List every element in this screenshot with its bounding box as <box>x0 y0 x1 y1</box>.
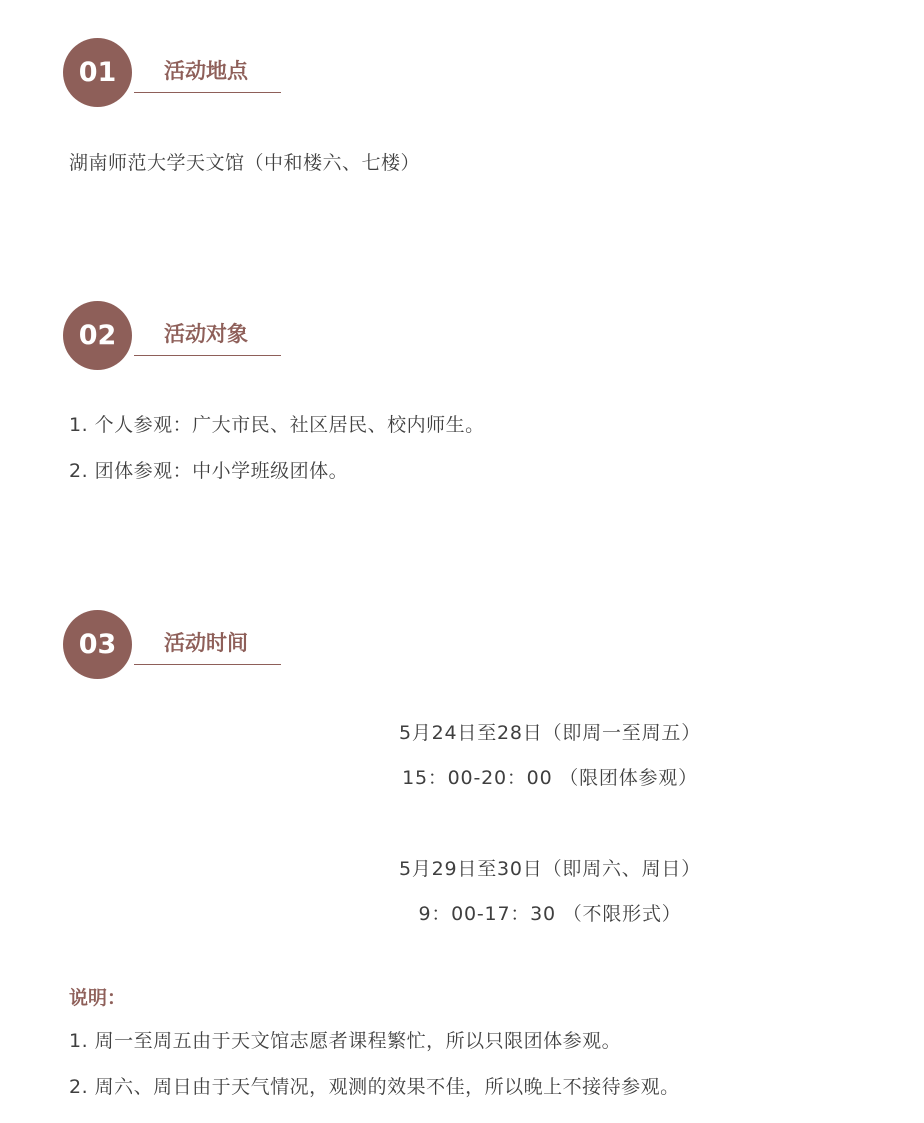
schedule-date: 5月29日至30日（即周六、周日） <box>0 854 924 881</box>
section-number-badge: 01 <box>63 38 132 107</box>
note-item: 2. 周六、周日由于天气情况，观测的效果不佳，所以晚上不接待参观。 <box>69 1072 680 1099</box>
section-heading-time: 03 活动时间 <box>63 610 323 680</box>
section-heading-audience: 02 活动对象 <box>63 301 323 371</box>
schedule-time: 9：00-17：30 （不限形式） <box>0 899 924 926</box>
title-underline <box>134 664 281 665</box>
section-number-badge: 02 <box>63 301 132 370</box>
title-underline <box>134 92 281 93</box>
schedule-date: 5月24日至28日（即周一至周五） <box>0 718 924 745</box>
schedule-time: 15：00-20：00 （限团体参观） <box>0 763 924 790</box>
section-title: 活动地点 <box>164 55 248 85</box>
note-item: 1. 周一至周五由于天文馆志愿者课程繁忙，所以只限团体参观。 <box>69 1026 621 1053</box>
section-title: 活动对象 <box>164 318 248 348</box>
audience-item: 1. 个人参观：广大市民、社区居民、校内师生。 <box>69 410 485 437</box>
notes-title: 说明： <box>69 983 126 1010</box>
section-number-badge: 03 <box>63 610 132 679</box>
section-title: 活动时间 <box>164 627 248 657</box>
location-text: 湖南师范大学天文馆（中和楼六、七楼） <box>69 148 420 175</box>
audience-item: 2. 团体参观：中小学班级团体。 <box>69 456 348 483</box>
title-underline <box>134 355 281 356</box>
section-heading-location: 01 活动地点 <box>63 38 323 108</box>
